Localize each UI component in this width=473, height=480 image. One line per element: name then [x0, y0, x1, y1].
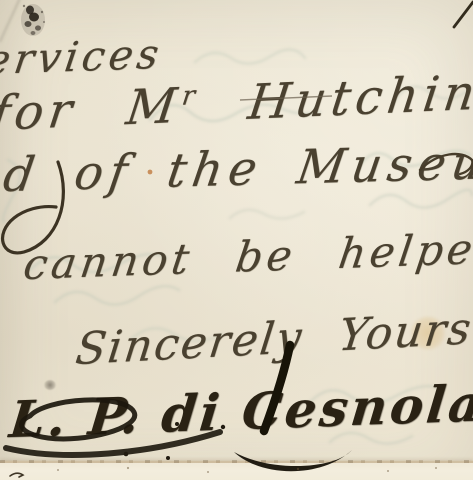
page-number-stroke [454, 2, 473, 27]
handwriting-line-cannot: cannot be helped [21, 223, 473, 289]
handwriting-line-museum: d of the Museum [0, 134, 473, 203]
line2-rest: Hutchins [195, 63, 473, 133]
signature-line: L. P. di Cesnola [7, 373, 473, 449]
handwriting-line-services: ervices [0, 30, 166, 84]
ink-blot [21, 4, 45, 36]
closing-line: Sincerely Yours [73, 303, 473, 375]
line3-rest: of the Museum [36, 134, 473, 202]
page-fold-edge [0, 461, 473, 480]
line2-prefix: for M [0, 78, 185, 143]
letter-page: ervices for Mr Hutchins d of the Museum … [0, 0, 473, 480]
fold-line [0, 460, 473, 463]
